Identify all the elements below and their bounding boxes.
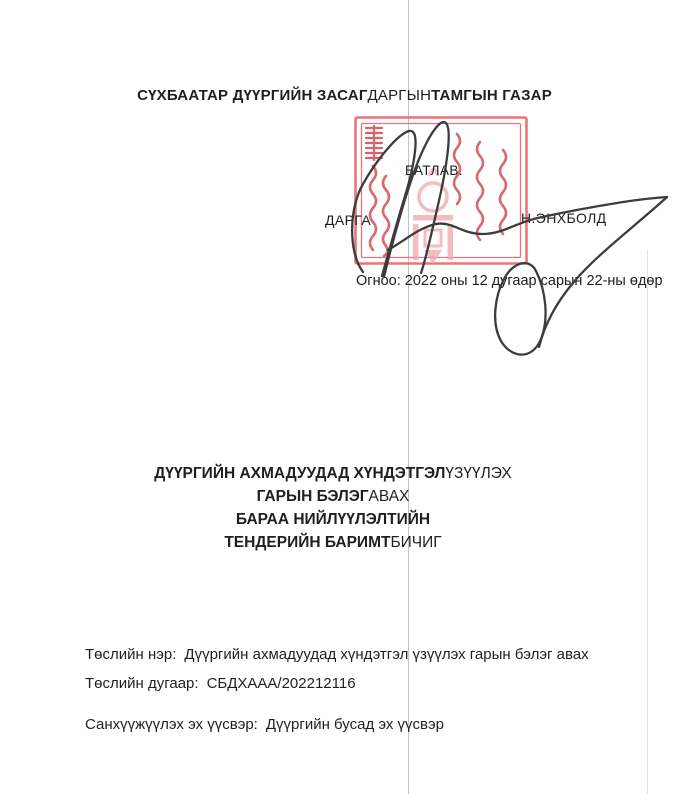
signature-ink [330,95,689,380]
project-name-value: Дүүргийн ахмадуудад хүндэтгэл үзүүлэх га… [184,646,588,663]
title-line-3: БАРАА НИЙЛҮҮЛЭЛТИЙН [0,508,666,531]
title-line-1: ДҮҮРГИЙН АХМАДУУДАД ХҮНДЭТГЭЛҮЗҮҮЛЭХ [0,462,666,485]
project-number-label: Төслийн дугаар: [85,675,199,692]
project-name-row: Төслийн нэр:Дүүргийн ахмадуудад хүндэтгэ… [85,646,589,663]
title-line-2: ГАРЫН БЭЛЭГАВАХ [0,485,666,508]
title-line-4: ТЕНДЕРИЙН БАРИМТБИЧИГ [0,531,666,554]
project-number-row: Төслийн дугаар:СБДХААА/202212116 [85,675,356,692]
document-title: ДҮҮРГИЙН АХМАДУУДАД ХҮНДЭТГЭЛҮЗҮҮЛЭХ ГАР… [0,462,666,554]
project-funding-value: Дүүргийн бусад эх үүсвэр [266,716,444,733]
project-name-label: Төслийн нэр: [85,646,176,663]
project-funding-label: Санхүүжүүлэх эх үүсвэр: [85,716,258,733]
scanned-document-page: СҮХБААТАР ДҮҮРГИЙН ЗАСАГДАРГЫНТАМГЫН ГАЗ… [0,0,689,794]
project-funding-row: Санхүүжүүлэх эх үүсвэр:Дүүргийн бусад эх… [85,716,444,733]
project-number-value: СБДХААА/202212116 [207,675,356,692]
